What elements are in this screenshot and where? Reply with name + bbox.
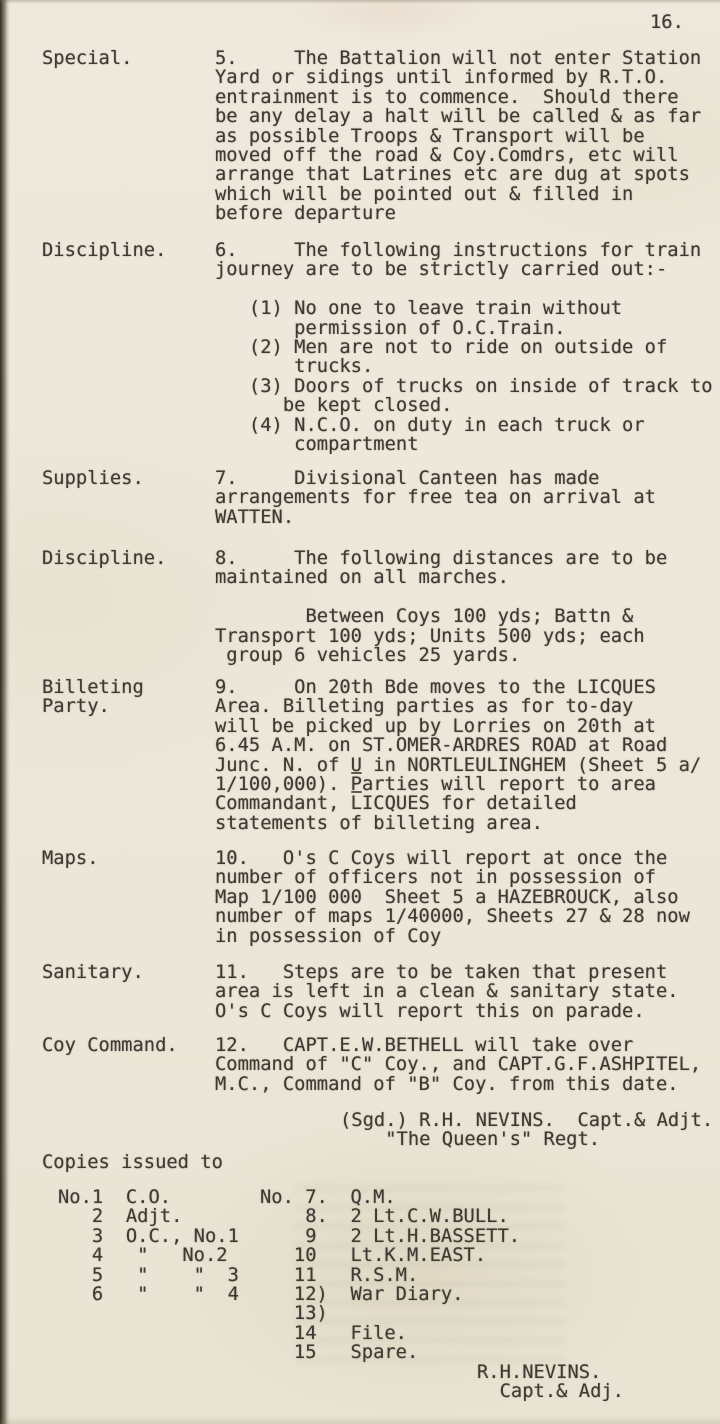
copies-heading: Copies issued to (42, 1153, 223, 1172)
section-label-supplies: Supplies. (42, 469, 144, 488)
section-body-12: 12. CAPT.E.W.BETHELL will take over Comm… (215, 1036, 701, 1094)
section-label-special: Special. (42, 49, 132, 68)
distribution-right-column: No. 7. Q.M. 8. 2 Lt.C.W.BULL. 9 2 Lt.H.B… (260, 1188, 520, 1363)
section-label-discipline-1: Discipline. (42, 241, 166, 260)
scan-edge-bottom (0, 1416, 720, 1424)
section-body-8: 8. The following distances are to be mai… (215, 549, 667, 665)
scan-edge-left (0, 0, 10, 1424)
section-body-6: 6. The following instructions for train … (215, 241, 713, 454)
section-label-sanitary: Sanitary. (42, 963, 144, 982)
page-number: 16. (650, 13, 684, 32)
underline-mark-u (351, 772, 362, 774)
signature-block: (Sgd.) R.H. NEVINS. Capt.& Adjt. "The Qu… (340, 1111, 713, 1150)
section-body-9: 9. On 20th Bde moves to the LICQUES Area… (215, 678, 701, 833)
section-label-maps: Maps. (42, 849, 99, 868)
section-body-10: 10. O's C Coys will report at once the n… (215, 849, 690, 946)
section-body-5: 5. The Battalion will not enter Station … (215, 49, 701, 224)
section-label-coy-command: Coy Command. (42, 1036, 178, 1055)
final-signature: R.H.NEVINS. Capt.& Adj. (477, 1363, 624, 1402)
underline-mark-p (351, 791, 362, 793)
document-page: 16. Special. 5. The Battalion will not e… (0, 0, 720, 1424)
section-label-discipline-2: Discipline. (42, 549, 166, 568)
distribution-left-column: No.1 C.O. 2 Adjt. 3 O.C., No.1 4 " No.2 … (58, 1188, 239, 1304)
section-body-7: 7. Divisional Canteen has made arrangeme… (215, 469, 656, 527)
section-label-billeting-party: Billeting Party. (42, 678, 144, 717)
section-body-11: 11. Steps are to be taken that present a… (215, 963, 679, 1021)
scan-edge-top (0, 0, 720, 4)
